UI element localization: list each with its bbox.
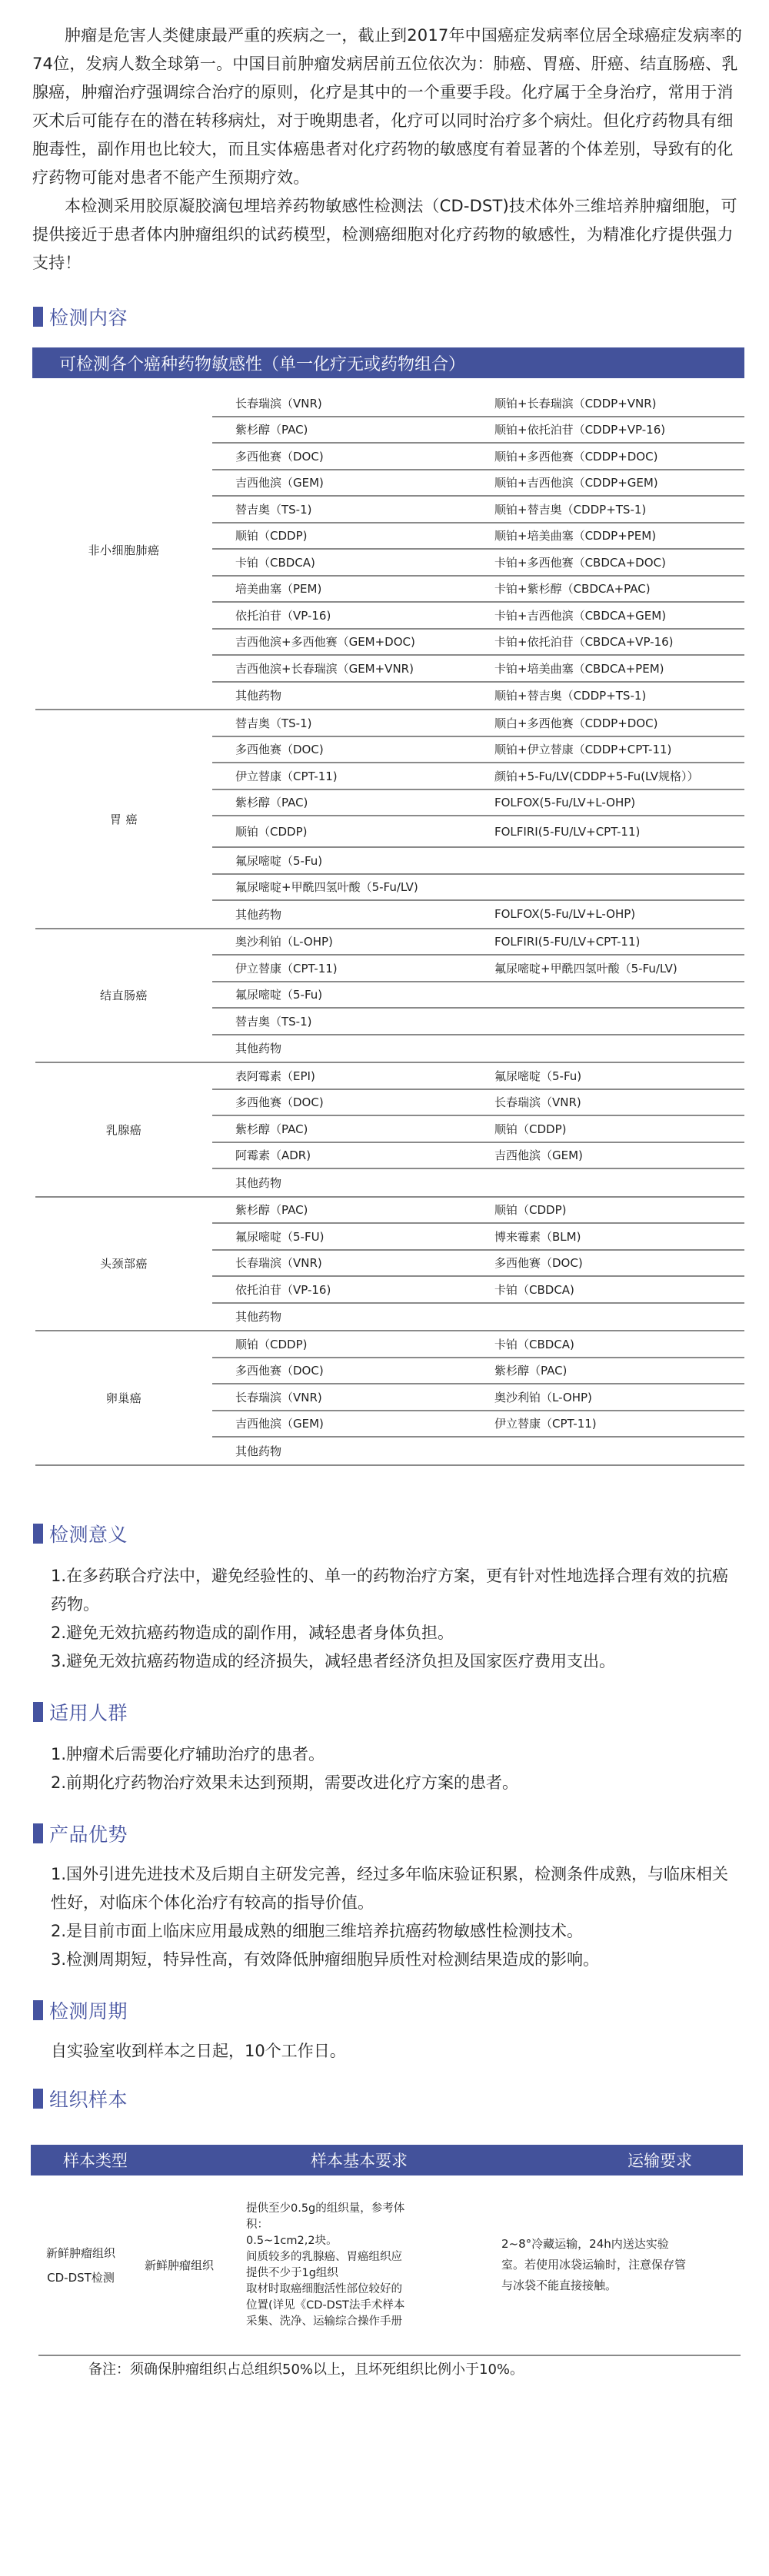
table-row: 紫杉醇（PAC)顺铂（CDDP): [212, 1116, 744, 1143]
advantages-list: 1.国外引进先进技术及后期自主研发完善，经过多年临床验证积累，检测条件成熟，与临…: [51, 1860, 743, 1974]
section-title: 检测周期: [49, 1996, 128, 2024]
combination-drug-cell: 伊立替康（CPT-11): [494, 1415, 744, 1431]
section-heading-cycle: 检测周期: [33, 1997, 128, 2023]
single-drug-cell: 长春瑞滨（VNR): [212, 1255, 494, 1271]
list-item: 1.在多药联合疗法中，避免经验性的、单一的药物治疗方案，更有针对性地选择合理有效…: [51, 1562, 743, 1619]
section-marker-icon: [33, 1524, 43, 1544]
table-row: 新鲜肿瘤组织 CD-DST检测 新鲜肿瘤组织 提供至少0.5g的组织量，参考体 …: [38, 2175, 741, 2356]
table-row: 依托泊苷（VP-16)卡铂（CBDCA): [212, 1277, 744, 1304]
drug-rows: 长春瑞滨（VNR)顺铂+长春瑞滨（CDDP+VNR)紫杉醇（PAC)顺铂+依托泊…: [212, 391, 744, 709]
list-item: 1.肿瘤术后需要化疗辅助治疗的患者。: [51, 1740, 743, 1769]
requirement-line: 取材时取癌细胞活性部位较好的: [246, 2282, 448, 2298]
single-drug-cell: 多西他赛（DOC): [212, 1362, 494, 1378]
intro-text: 肿瘤是危害人类健康最严重的疾病之一，截止到2017年中国癌症发病率位居全球癌症发…: [32, 22, 747, 278]
list-item: 3.检测周期短，特异性高，有效降低肿瘤细胞异质性对检测结果造成的影响。: [51, 1946, 743, 1974]
section-marker-icon: [33, 2000, 43, 2020]
table-row: 卡铂（CBDCA)卡铂+多西他赛（CBDCA+DOC): [212, 550, 744, 577]
single-drug-cell: 卡铂（CBDCA): [212, 554, 494, 570]
table-row: 其他药物: [212, 1438, 744, 1464]
table-row: 表阿霉素（EPI)氟尿嘧啶（5-Fu): [212, 1063, 744, 1090]
single-drug-cell: 氟尿嘧啶（5-Fu): [212, 986, 494, 1002]
requirement-line: 0.5~1cm2,2块。: [246, 2233, 448, 2249]
single-drug-cell: 紫杉醇（PAC): [212, 794, 494, 810]
cancer-type-label: 卵巢癌: [35, 1331, 212, 1464]
table-row: 伊立替康（CPT-11)颜铂+5-Fu/LV(CDDP+5-Fu(LV规格））: [212, 763, 744, 790]
single-drug-cell: 吉西他滨+多西他赛（GEM+DOC): [212, 633, 494, 650]
section-title: 组织样本: [49, 2085, 128, 2112]
single-drug-cell: 其他药物: [212, 906, 494, 922]
combination-drug-cell: FOLFOX(5-Fu/LV+L-OHP): [494, 907, 744, 921]
combination-drug-cell: 卡铂（CBDCA): [494, 1281, 744, 1298]
cancer-group: 胃 癌替吉奥（TS-1)顺白+多西他赛（CDDP+DOC)多西他赛（DOC)顺铂…: [35, 710, 744, 929]
intro-paragraph: 肿瘤是危害人类健康最严重的疾病之一，截止到2017年中国癌症发病率位居全球癌症发…: [32, 22, 747, 192]
sample-requirement-cell: 提供至少0.5g的组织量，参考体 积： 0.5~1cm2,2块。 间质较多的乳腺…: [246, 2201, 448, 2330]
population-list: 1.肿瘤术后需要化疗辅助治疗的患者。 2.前期化疗药物治疗效果未达到预期，需要改…: [51, 1740, 743, 1797]
table-row: 吉西他滨（GEM)伊立替康（CPT-11): [212, 1411, 744, 1438]
sample-type-cell: 新鲜肿瘤组织 CD-DST检测: [38, 2241, 123, 2290]
table-row: 其他药物: [212, 1304, 744, 1331]
single-drug-cell: 替吉奥（TS-1): [212, 1013, 494, 1029]
table-row: 氟尿嘧啶（5-FU)博来霉素（BLM): [212, 1224, 744, 1251]
drug-table-header: 可检测各个癌种药物敏感性（单一化疗无或药物组合）: [32, 347, 744, 378]
list-item: 1.国外引进先进技术及后期自主研发完善，经过多年临床验证积累，检测条件成熟，与临…: [51, 1860, 743, 1917]
combination-drug-cell: 博来霉素（BLM): [494, 1228, 744, 1245]
section-title: 检测内容: [49, 303, 128, 331]
section-heading-advantages: 产品优势: [33, 1820, 128, 1846]
single-drug-cell: 紫杉醇（PAC): [212, 1202, 494, 1218]
table-row: 紫杉醇（PAC)顺铂（CDDP): [212, 1198, 744, 1225]
single-drug-cell: 顺铂（CDDP): [212, 1336, 494, 1352]
table-row: 紫杉醇（PAC)FOLFOX(5-Fu/LV+L-OHP): [212, 790, 744, 817]
intro-paragraph: 本检测采用胶原凝胶滴包埋培养药物敏感性检测法（CD-DST)技术体外三维培养肿瘤…: [32, 192, 747, 278]
cancer-type-label: 结直肠癌: [35, 929, 212, 1062]
section-heading-content: 检测内容: [33, 304, 128, 330]
column-header: 样本类型: [31, 2149, 223, 2172]
sample-requirements-table: 样本类型 样本基本要求 运输要求 新鲜肿瘤组织 CD-DST检测 新鲜肿瘤组织 …: [31, 2145, 743, 2356]
single-drug-cell: 培美曲塞（PEM): [212, 580, 494, 597]
single-drug-cell: 氟尿嘧啶（5-FU): [212, 1228, 494, 1245]
combination-drug-cell: 顺铂+吉西他滨（CDDP+GEM): [494, 474, 744, 490]
combination-drug-cell: 卡铂+吉西他滨（CBDCA+GEM): [494, 607, 744, 623]
section-heading-sample: 组织样本: [33, 2086, 128, 2112]
list-item: 2.前期化疗药物治疗效果未达到预期，需要改进化疗方案的患者。: [51, 1769, 743, 1797]
combination-drug-cell: 顺铂+替吉奥（CDDP+TS-1): [494, 687, 744, 703]
section-marker-icon: [33, 1823, 43, 1843]
table-row: 其他药物: [212, 1169, 744, 1196]
single-drug-cell: 吉西他滨+长春瑞滨（GEM+VNR): [212, 660, 494, 676]
single-drug-cell: 多西他赛（DOC): [212, 1094, 494, 1110]
combination-drug-cell: FOLFIRI(5-FU/LV+CPT-11): [494, 935, 744, 949]
requirement-line: 间质较多的乳腺癌、胃癌组织应: [246, 2249, 448, 2265]
single-drug-cell: 氟尿嘧啶+甲酰四氢叶酸（5-Fu/LV): [212, 879, 494, 895]
table-row: 奥沙利铂（L-OHP)FOLFIRI(5-FU/LV+CPT-11): [212, 929, 744, 956]
single-drug-cell: 吉西他滨（GEM): [212, 474, 494, 490]
single-drug-cell: 表阿霉素（EPI): [212, 1068, 494, 1084]
column-header: 样本基本要求: [223, 2149, 546, 2172]
combination-drug-cell: 顺白+多西他赛（CDDP+DOC): [494, 715, 744, 731]
list-item: 3.避免无效抗癌药物造成的经济损失，减轻患者经济负担及国家医疗费用支出。: [51, 1647, 743, 1676]
table-row: 顺铂（CDDP)FOLFIRI(5-FU/LV+CPT-11): [212, 816, 744, 848]
single-drug-cell: 伊立替康（CPT-11): [212, 960, 494, 976]
combination-drug-cell: 多西他赛（DOC): [494, 1255, 744, 1271]
section-marker-icon: [33, 1702, 43, 1722]
drug-rows: 紫杉醇（PAC)顺铂（CDDP)氟尿嘧啶（5-FU)博来霉素（BLM)长春瑞滨（…: [212, 1198, 744, 1331]
requirement-line: 采集、洗净、运输综合操作手册: [246, 2314, 448, 2330]
drug-rows: 替吉奥（TS-1)顺白+多西他赛（CDDP+DOC)多西他赛（DOC)顺铂+伊立…: [212, 710, 744, 928]
table-row: 替吉奥（TS-1)顺铂+替吉奥（CDDP+TS-1): [212, 497, 744, 524]
table-row: 培美曲塞（PEM)卡铂+紫杉醇（CBDCA+PAC): [212, 577, 744, 603]
requirement-line: 提供不少于1g组织: [246, 2265, 448, 2282]
single-drug-cell: 阿霉素（ADR): [212, 1147, 494, 1163]
combination-drug-cell: 卡铂+多西他赛（CBDCA+DOC): [494, 554, 744, 570]
table-row: 替吉奥（TS-1)顺白+多西他赛（CDDP+DOC): [212, 710, 744, 737]
single-drug-cell: 紫杉醇（PAC): [212, 421, 494, 437]
table-row: 长春瑞滨（VNR)多西他赛（DOC): [212, 1251, 744, 1278]
table-row: 多西他赛（DOC)顺铂+伊立替康（CDDP+CPT-11): [212, 737, 744, 764]
combination-drug-cell: 氟尿嘧啶+甲酰四氢叶酸（5-Fu/LV): [494, 960, 744, 976]
drug-rows: 奥沙利铂（L-OHP)FOLFIRI(5-FU/LV+CPT-11)伊立替康（C…: [212, 929, 744, 1062]
requirement-line: 积：: [246, 2217, 448, 2233]
sample-type-line: CD-DST检测: [38, 2265, 123, 2290]
table-row: 吉西他滨（GEM)顺铂+吉西他滨（CDDP+GEM): [212, 470, 744, 497]
table-row: 多西他赛（DOC)顺铂+多西他赛（CDDP+DOC): [212, 444, 744, 470]
sample-table-header: 样本类型 样本基本要求 运输要求: [31, 2145, 743, 2175]
table-row: 氟尿嘧啶（5-Fu): [212, 848, 744, 875]
column-header: 运输要求: [546, 2149, 743, 2172]
single-drug-cell: 长春瑞滨（VNR): [212, 395, 494, 411]
single-drug-cell: 氟尿嘧啶（5-Fu): [212, 853, 494, 869]
requirement-line: 位置(详见《CD-DST法手术样本: [246, 2298, 448, 2314]
single-drug-cell: 伊立替康（CPT-11): [212, 768, 494, 784]
combination-drug-cell: 卡铂+培美曲塞（CBDCA+PEM): [494, 660, 744, 676]
section-title: 产品优势: [49, 1820, 128, 1847]
table-row: 长春瑞滨（VNR)奥沙利铂（L-OHP): [212, 1384, 744, 1411]
single-drug-cell: 替吉奥（TS-1): [212, 715, 494, 731]
table-row: 长春瑞滨（VNR)顺铂+长春瑞滨（CDDP+VNR): [212, 391, 744, 417]
single-drug-cell: 替吉奥（TS-1): [212, 501, 494, 517]
single-drug-cell: 多西他赛（DOC): [212, 741, 494, 757]
drug-sensitivity-table: 非小细胞肺癌长春瑞滨（VNR)顺铂+长春瑞滨（CDDP+VNR)紫杉醇（PAC)…: [35, 391, 744, 1466]
sample-type-line: 新鲜肿瘤组织: [38, 2241, 123, 2265]
single-drug-cell: 其他药物: [212, 1175, 494, 1191]
combination-drug-cell: 奥沙利铂（L-OHP): [494, 1389, 744, 1405]
single-drug-cell: 其他药物: [212, 687, 494, 703]
table-row: 阿霉素（ADR)吉西他滨（GEM): [212, 1143, 744, 1170]
single-drug-cell: 吉西他滨（GEM): [212, 1415, 494, 1431]
transport-cell: 2~8°冷藏运输，24h内送达实验室。若使用冰袋运输时，注意保存管与冰袋不能直接…: [501, 2234, 686, 2296]
table-row: 顺铂（CDDP)卡铂（CBDCA): [212, 1331, 744, 1358]
combination-drug-cell: 卡铂（CBDCA): [494, 1336, 744, 1352]
drug-rows: 表阿霉素（EPI)氟尿嘧啶（5-Fu)多西他赛（DOC)长春瑞滨（VNR)紫杉醇…: [212, 1063, 744, 1196]
combination-drug-cell: 顺铂+替吉奥（CDDP+TS-1): [494, 501, 744, 517]
single-drug-cell: 其他药物: [212, 1308, 494, 1325]
single-drug-cell: 奥沙利铂（L-OHP): [212, 933, 494, 949]
combination-drug-cell: FOLFIRI(5-FU/LV+CPT-11): [494, 825, 744, 839]
combination-drug-cell: 顺铂+多西他赛（CDDP+DOC): [494, 448, 744, 464]
combination-drug-cell: 顺铂+伊立替康（CDDP+CPT-11): [494, 741, 744, 757]
combination-drug-cell: 顺铂+培美曲塞（CDDP+PEM): [494, 527, 744, 543]
drug-rows: 顺铂（CDDP)卡铂（CBDCA)多西他赛（DOC)紫杉醇（PAC)长春瑞滨（V…: [212, 1331, 744, 1464]
single-drug-cell: 紫杉醇（PAC): [212, 1121, 494, 1137]
combination-drug-cell: 顺铂（CDDP): [494, 1121, 744, 1137]
cancer-type-label: 胃 癌: [35, 710, 212, 928]
significance-list: 1.在多药联合疗法中，避免经验性的、单一的药物治疗方案，更有针对性地选择合理有效…: [51, 1562, 743, 1676]
section-marker-icon: [33, 2089, 43, 2109]
single-drug-cell: 依托泊苷（VP-16): [212, 607, 494, 623]
cancer-type-label: 乳腺癌: [35, 1063, 212, 1196]
combination-drug-cell: 顺铂+依托泊苷（CDDP+VP-16): [494, 421, 744, 437]
list-item: 2.是目前市面上临床应用最成熟的细胞三维培养抗癌药物敏感性检测技术。: [51, 1917, 743, 1946]
section-title: 适用人群: [49, 1698, 128, 1726]
table-row: 依托泊苷（VP-16)卡铂+吉西他滨（CBDCA+GEM): [212, 603, 744, 630]
combination-drug-cell: 卡铂+紫杉醇（CBDCA+PAC): [494, 580, 744, 597]
single-drug-cell: 长春瑞滨（VNR): [212, 1389, 494, 1405]
table-row: 氟尿嘧啶+甲酰四氢叶酸（5-Fu/LV): [212, 875, 744, 902]
table-row: 多西他赛（DOC)紫杉醇（PAC): [212, 1358, 744, 1385]
combination-drug-cell: 长春瑞滨（VNR): [494, 1094, 744, 1110]
combination-drug-cell: 氟尿嘧啶（5-Fu): [494, 1068, 744, 1084]
table-row: 吉西他滨+长春瑞滨（GEM+VNR)卡铂+培美曲塞（CBDCA+PEM): [212, 656, 744, 683]
requirement-line: 提供至少0.5g的组织量，参考体: [246, 2201, 448, 2217]
table-row: 替吉奥（TS-1): [212, 1009, 744, 1035]
combination-drug-cell: 顺铂（CDDP): [494, 1202, 744, 1218]
table-row: 伊立替康（CPT-11)氟尿嘧啶+甲酰四氢叶酸（5-Fu/LV): [212, 956, 744, 982]
cancer-group: 结直肠癌奥沙利铂（L-OHP)FOLFIRI(5-FU/LV+CPT-11)伊立…: [35, 929, 744, 1064]
combination-drug-cell: 紫杉醇（PAC): [494, 1362, 744, 1378]
single-drug-cell: 其他药物: [212, 1040, 494, 1056]
cycle-text: 自实验室收到样本之日起，10个工作日。: [51, 2037, 743, 2066]
sample-subtype-cell: 新鲜肿瘤组织: [145, 2257, 231, 2273]
cancer-type-label: 头颈部癌: [35, 1198, 212, 1331]
table-row: 多西他赛（DOC)长春瑞滨（VNR): [212, 1090, 744, 1117]
single-drug-cell: 其他药物: [212, 1443, 494, 1459]
section-heading-population: 适用人群: [33, 1699, 128, 1725]
table-row: 其他药物: [212, 1035, 744, 1062]
cancer-group: 卵巢癌顺铂（CDDP)卡铂（CBDCA)多西他赛（DOC)紫杉醇（PAC)长春瑞…: [35, 1331, 744, 1466]
table-row: 其他药物顺铂+替吉奥（CDDP+TS-1): [212, 683, 744, 710]
single-drug-cell: 顺铂（CDDP): [212, 527, 494, 543]
cancer-group: 非小细胞肺癌长春瑞滨（VNR)顺铂+长春瑞滨（CDDP+VNR)紫杉醇（PAC)…: [35, 391, 744, 710]
cancer-group: 乳腺癌表阿霉素（EPI)氟尿嘧啶（5-Fu)多西他赛（DOC)长春瑞滨（VNR)…: [35, 1063, 744, 1198]
single-drug-cell: 多西他赛（DOC): [212, 448, 494, 464]
combination-drug-cell: 顺铂+长春瑞滨（CDDP+VNR): [494, 395, 744, 411]
cancer-type-label: 非小细胞肺癌: [35, 391, 212, 709]
combination-drug-cell: FOLFOX(5-Fu/LV+L-OHP): [494, 796, 744, 809]
combination-drug-cell: 颜铂+5-Fu/LV(CDDP+5-Fu(LV规格））: [494, 768, 744, 784]
section-marker-icon: [33, 307, 43, 327]
list-item: 2.避免无效抗癌药物造成的副作用，减轻患者身体负担。: [51, 1619, 743, 1647]
cancer-group: 头颈部癌紫杉醇（PAC)顺铂（CDDP)氟尿嘧啶（5-FU)博来霉素（BLM)长…: [35, 1198, 744, 1332]
section-title: 检测意义: [49, 1520, 128, 1547]
table-row: 吉西他滨+多西他赛（GEM+DOC)卡铂+依托泊苷（CBDCA+VP-16): [212, 630, 744, 656]
combination-drug-cell: 吉西他滨（GEM): [494, 1147, 744, 1163]
table-row: 氟尿嘧啶（5-Fu): [212, 982, 744, 1009]
single-drug-cell: 顺铂（CDDP): [212, 823, 494, 839]
single-drug-cell: 依托泊苷（VP-16): [212, 1281, 494, 1298]
table-row: 顺铂（CDDP)顺铂+培美曲塞（CDDP+PEM): [212, 524, 744, 550]
combination-drug-cell: 卡铂+依托泊苷（CBDCA+VP-16): [494, 633, 744, 650]
table-row: 紫杉醇（PAC)顺铂+依托泊苷（CDDP+VP-16): [212, 417, 744, 444]
section-heading-significance: 检测意义: [33, 1521, 128, 1547]
table-row: 其他药物FOLFOX(5-Fu/LV+L-OHP): [212, 901, 744, 928]
note-text: 备注：须确保肿瘤组织占总组织50%以上，且坏死组织比例小于10%。: [88, 2358, 524, 2378]
